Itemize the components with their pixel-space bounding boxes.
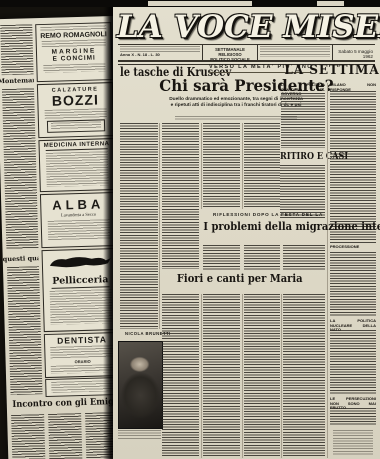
- top-edge-tab: [148, 1, 252, 6]
- text-block: [7, 266, 43, 395]
- masthead-title: LA VOCE MISENA: [117, 9, 375, 45]
- masthead-subscription-cell: [258, 45, 333, 60]
- text-block: [48, 413, 82, 459]
- portrait-photo: [118, 341, 163, 429]
- text-block: [330, 252, 376, 316]
- ad-shoes-inner-box: [47, 119, 105, 133]
- photo-caption: [118, 430, 161, 439]
- masthead-admin-cell: Anno X - N. 18 - L. 30: [118, 45, 203, 60]
- text-block: [175, 116, 297, 120]
- text-block: [281, 93, 325, 148]
- text-block: [162, 123, 199, 269]
- text-block: [2, 88, 38, 249]
- settimana-title: LA SETTIMANA: [284, 63, 373, 78]
- text-block: [120, 123, 158, 329]
- column-rule: [242, 294, 243, 458]
- masthead-date-cell: Sabato 5 maggio 1962: [333, 45, 375, 60]
- text-block: [330, 408, 376, 426]
- column-rule: [281, 294, 282, 458]
- column-rule: [201, 294, 202, 458]
- migration-headline: I problemi della migrazione interna: [203, 220, 318, 233]
- text-block: [244, 123, 280, 209]
- date-line: Sabato 5 maggio 1962: [335, 49, 373, 59]
- column-rule: [159, 123, 160, 329]
- ad-shoes-name: BOZZI: [38, 92, 112, 108]
- maria-headline: Fiori e canti per Maria: [177, 272, 283, 285]
- masthead-weekly-cell: SETTIMANALE RELIGIOSO POLITICO SOCIALE: [203, 45, 258, 60]
- text-block: [283, 294, 325, 458]
- text-block: [330, 330, 376, 394]
- column-rule: [242, 123, 243, 209]
- settimana-sub-processione: PROCESSIONE: [330, 245, 376, 250]
- text-block: [280, 165, 325, 218]
- text-block: [244, 245, 280, 271]
- weekly-line1: SETTIMANALE RELIGIOSO: [203, 47, 257, 57]
- text-block: [283, 245, 325, 271]
- text-block: [244, 294, 280, 458]
- migration-kicker: RIFLESSIONI DOPO LA FESTA DEL LAVORO: [213, 212, 323, 217]
- text-block: [203, 123, 240, 209]
- masthead-info-bar: Anno X - N. 18 - L. 30 SETTIMANALE RELIG…: [118, 44, 375, 61]
- text-block: [162, 294, 199, 458]
- ritiro-headline: RITIRO E CASI: [280, 151, 331, 162]
- main-page: LA VOCE MISENA Anno X - N. 18 - L. 30 SE…: [113, 5, 380, 459]
- column-rule: [327, 83, 328, 458]
- top-edge-tab: [317, 1, 344, 6]
- left-article-headline-top: Montemarcianese: [0, 76, 34, 85]
- text-block: [11, 414, 45, 459]
- text-block: [0, 24, 33, 75]
- left-article-headline-mid: questi quattrini ?: [3, 254, 39, 263]
- ad-agency: REMO ROMAGNOLI MARGINE E CONCIMI: [35, 22, 113, 82]
- text-block: [203, 245, 240, 271]
- newspaper-photo: Montemarcianese questi quattrini ? REMO …: [0, 0, 380, 459]
- ad-agency-line2: E CONCIMI: [37, 54, 111, 63]
- classifieds-block: [333, 430, 373, 456]
- text-block: [203, 294, 240, 458]
- column-rule: [201, 123, 202, 209]
- issue-line: Anno X - N. 18 - L. 30: [120, 52, 200, 57]
